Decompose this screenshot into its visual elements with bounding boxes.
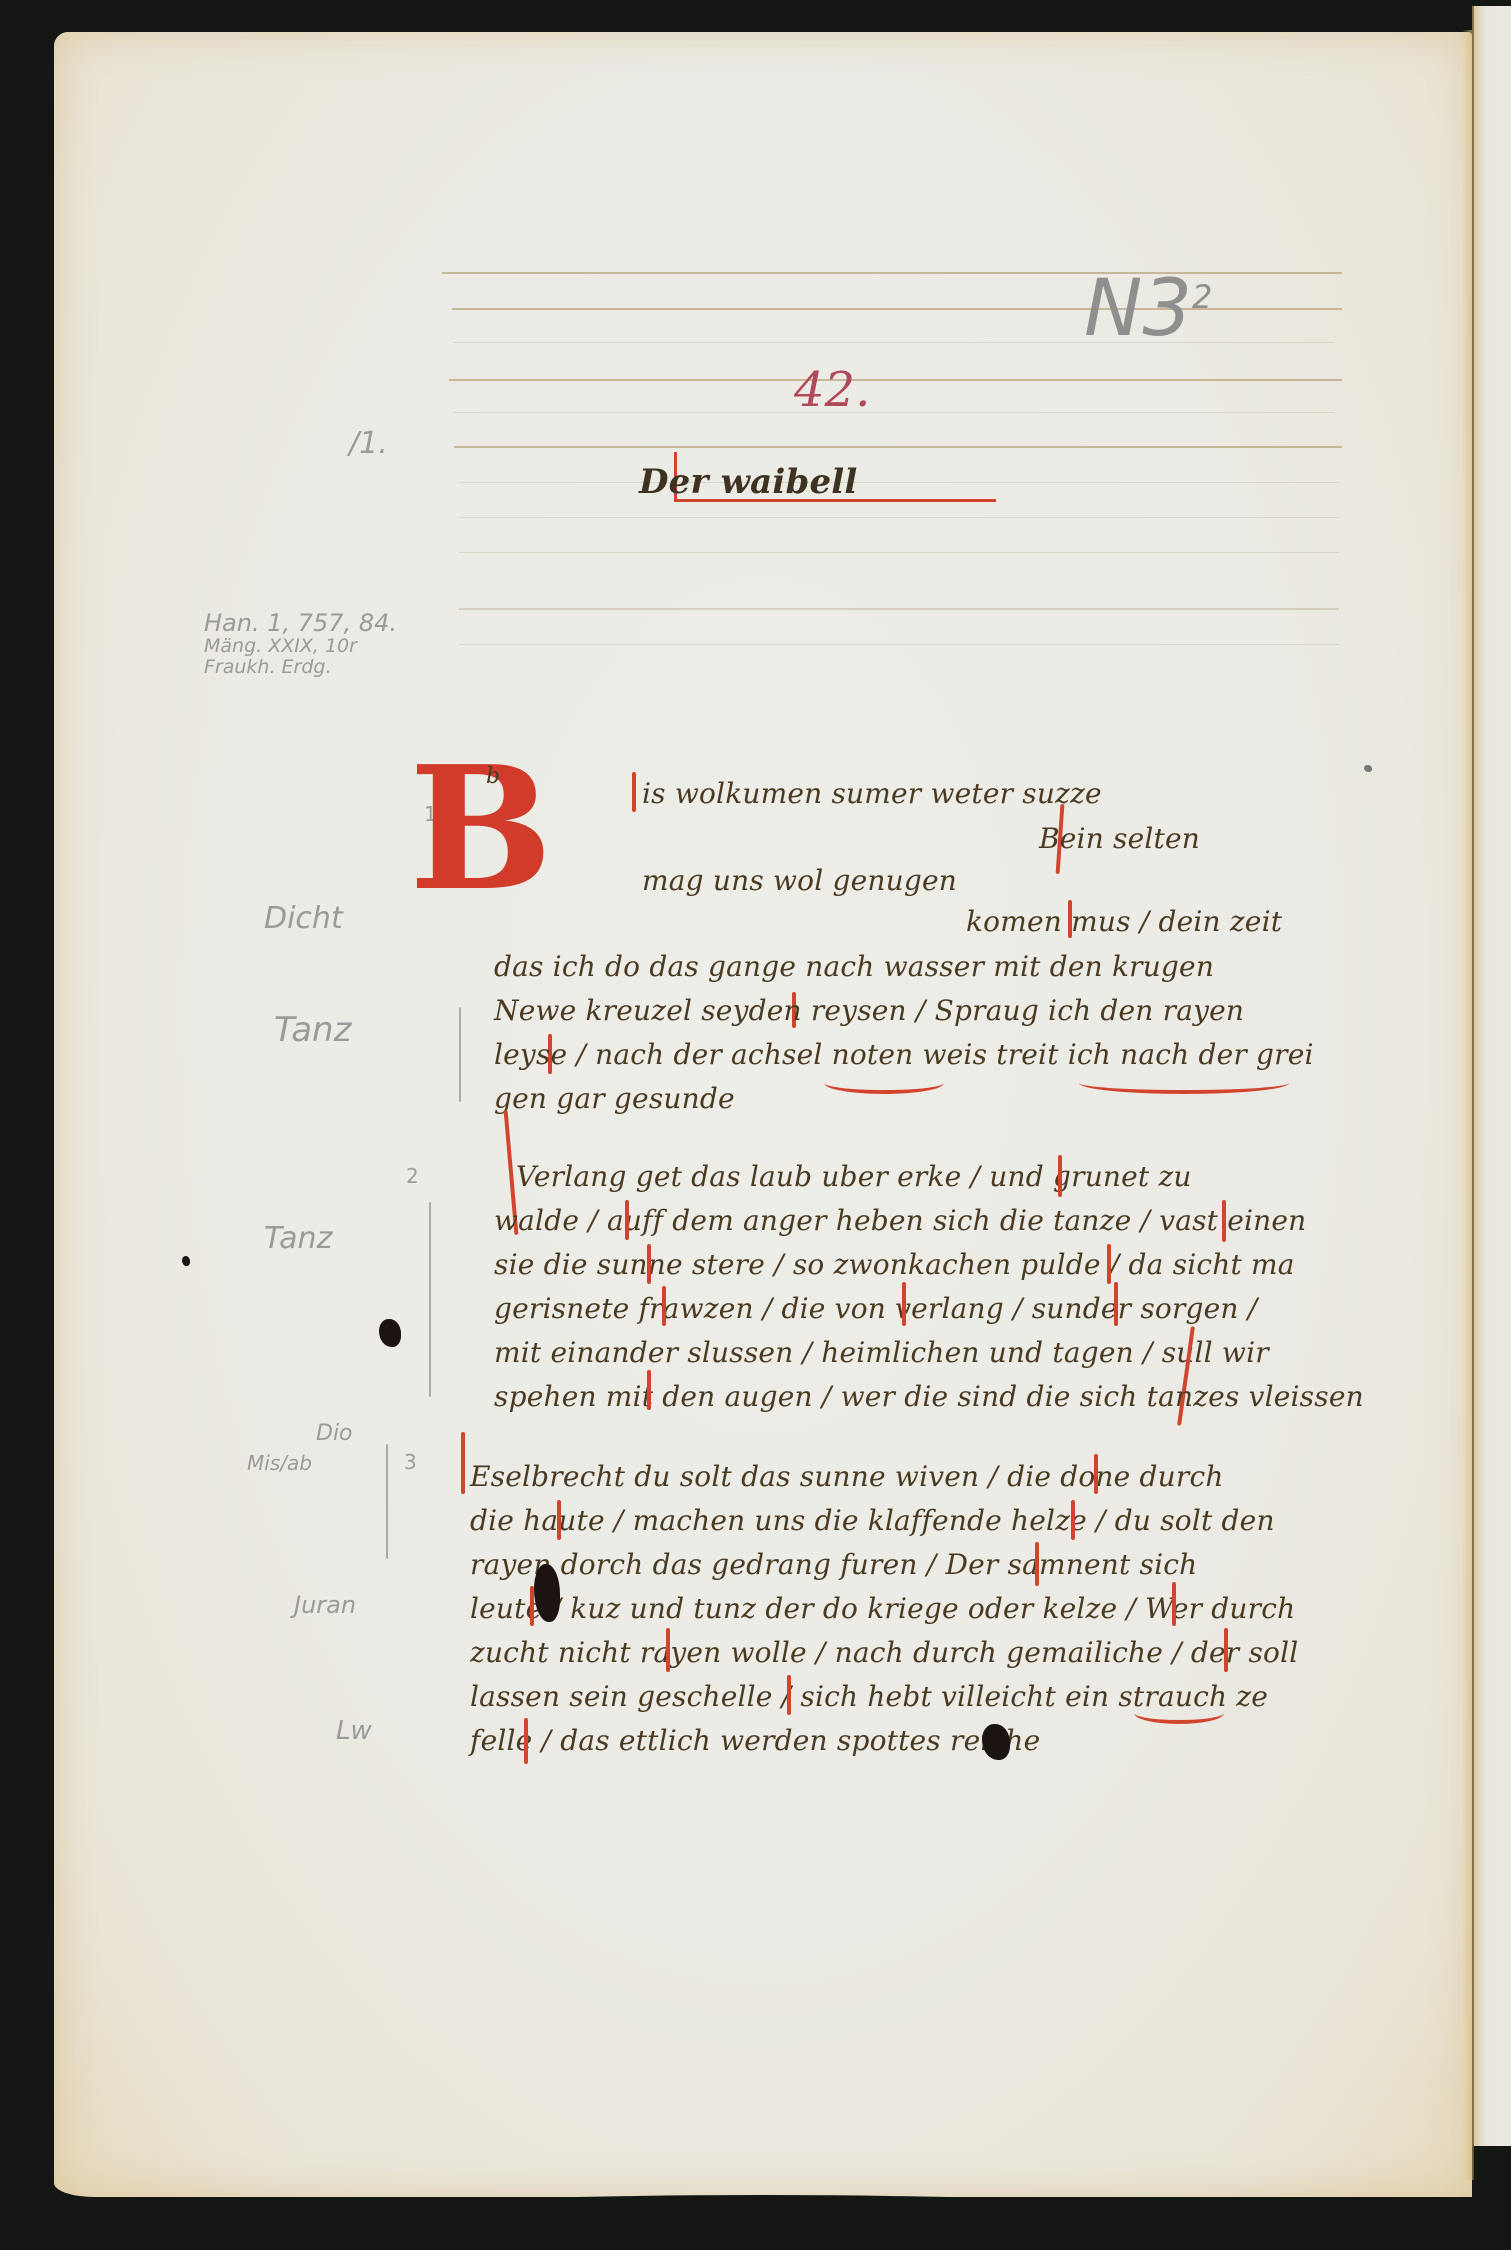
rubric-stroke bbox=[647, 1244, 651, 1284]
shelfmark-mark: N32 bbox=[1084, 267, 1212, 353]
ink-blot bbox=[1364, 765, 1372, 772]
manuscript-page: 42. N32 /1. Der waibell Han. 1, 757, 84.… bbox=[54, 32, 1472, 2197]
initial-guide-letter: b bbox=[486, 764, 500, 789]
verse-line: gen gar gesunde bbox=[494, 1082, 735, 1115]
rubric-stroke bbox=[647, 1370, 651, 1410]
reference-line: Han. 1, 757, 84. bbox=[204, 610, 397, 636]
rubric-stroke bbox=[625, 1200, 629, 1240]
rubric-stroke bbox=[1224, 1628, 1228, 1672]
reference-line: Mäng. XXIX, 10r bbox=[204, 636, 397, 657]
song-title: Der waibell bbox=[639, 462, 858, 502]
margin-note-tanz: Tanz bbox=[274, 1012, 351, 1049]
stanza-number: 2 bbox=[406, 1164, 419, 1188]
decorated-initial: B bbox=[409, 744, 553, 914]
reference-notes: Han. 1, 757, 84. Mäng. XXIX, 10r Fraukh.… bbox=[204, 610, 397, 678]
ink-blot bbox=[534, 1564, 560, 1622]
verse-line: mit einander slussen / heimlichen und ta… bbox=[494, 1336, 1269, 1369]
margin-bracket bbox=[459, 1007, 461, 1102]
verse-line: Bein selten bbox=[1039, 822, 1200, 855]
facing-page-edge bbox=[1472, 6, 1511, 2146]
shelfmark-text: N3 bbox=[1084, 264, 1192, 354]
verse-line: leyse / nach der achsel noten weis treit… bbox=[494, 1038, 1314, 1071]
verse-line: Newe kreuzel seyden reysen / Spraug ich … bbox=[494, 994, 1244, 1027]
ruling-line bbox=[459, 482, 1339, 483]
verse-line: komen mus / dein zeit bbox=[966, 905, 1282, 938]
margin-note: Lw bbox=[336, 1717, 372, 1746]
stanza-number: 3 bbox=[404, 1450, 417, 1474]
line-filler-swash bbox=[1079, 1072, 1289, 1094]
verse-line: mag uns wol genugen bbox=[642, 864, 957, 897]
rubric-stroke bbox=[1071, 1500, 1075, 1540]
verse-line: rayen dorch das gedrang furen / Der samn… bbox=[470, 1548, 1197, 1581]
verse-line: gerisnete frawzen / die von verlang / su… bbox=[494, 1292, 1257, 1325]
margin-note: Mis/ab bbox=[247, 1452, 312, 1474]
verse-line: spehen mit den augen / wer die sind die … bbox=[494, 1380, 1364, 1413]
rubric-stroke bbox=[1222, 1200, 1226, 1242]
margin-note-dicht: Dicht bbox=[264, 902, 343, 935]
rubric-stroke bbox=[1114, 1282, 1118, 1326]
reference-line: Fraukh. Erdg. bbox=[204, 657, 397, 678]
verse-line: Eselbrecht du solt das sunne wiven / die… bbox=[470, 1460, 1224, 1493]
ruling-line bbox=[459, 552, 1339, 553]
margin-note: Dio bbox=[316, 1422, 353, 1446]
verse-line: is wolkumen sumer weter suzze bbox=[642, 777, 1102, 810]
verse-line: zucht nicht rayen wolle / nach durch gem… bbox=[470, 1636, 1298, 1669]
line-filler-swash bbox=[824, 1072, 944, 1094]
verse-line: walde / auff dem anger heben sich die ta… bbox=[494, 1204, 1306, 1237]
rubric-stroke bbox=[666, 1628, 670, 1672]
ruling-line bbox=[454, 446, 1342, 448]
verse-line: die haute / machen uns die klaffende hel… bbox=[470, 1504, 1275, 1537]
rubric-stroke bbox=[1058, 1155, 1062, 1197]
rubric-stroke bbox=[1094, 1454, 1098, 1494]
folio-number: 42. bbox=[794, 362, 870, 418]
rubric-stroke bbox=[1035, 1542, 1039, 1586]
ruling-line bbox=[459, 608, 1339, 610]
verse-line: Verlang get das laub uber erke / und gru… bbox=[516, 1160, 1192, 1193]
rubric-stroke bbox=[524, 1718, 528, 1764]
rubric-stroke bbox=[557, 1500, 561, 1540]
verse-line: sie die sunne stere / so zwonkachen puld… bbox=[494, 1248, 1295, 1281]
shelfmark-superscript: 2 bbox=[1192, 278, 1212, 316]
verse-line: das ich do das gange nach wasser mit den… bbox=[494, 950, 1214, 983]
margin-bracket bbox=[429, 1202, 431, 1397]
rubric-stroke bbox=[1172, 1582, 1176, 1626]
margin-bracket bbox=[386, 1444, 388, 1559]
rubric-stroke bbox=[902, 1282, 906, 1326]
rubric-stroke bbox=[1107, 1244, 1111, 1284]
rubric-stroke bbox=[461, 1432, 465, 1494]
margin-note: Juran bbox=[294, 1592, 356, 1618]
ink-blot bbox=[379, 1319, 401, 1347]
margin-note-tanz: Tanz bbox=[264, 1222, 332, 1255]
verse-line: felle / das ettlich werden spottes reich… bbox=[470, 1724, 1040, 1757]
rubric-stroke bbox=[662, 1286, 666, 1326]
ink-blot bbox=[182, 1256, 190, 1266]
ruling-line bbox=[454, 412, 1334, 413]
ruling-line bbox=[449, 379, 1342, 381]
title-underline bbox=[674, 499, 996, 502]
line-filler-swash bbox=[1134, 1702, 1224, 1724]
ruling-line bbox=[459, 517, 1339, 518]
rubric-stroke bbox=[632, 772, 636, 812]
rubric-stroke bbox=[787, 1675, 791, 1715]
margin-number: /1. bbox=[349, 427, 388, 460]
ruling-line bbox=[459, 644, 1339, 645]
